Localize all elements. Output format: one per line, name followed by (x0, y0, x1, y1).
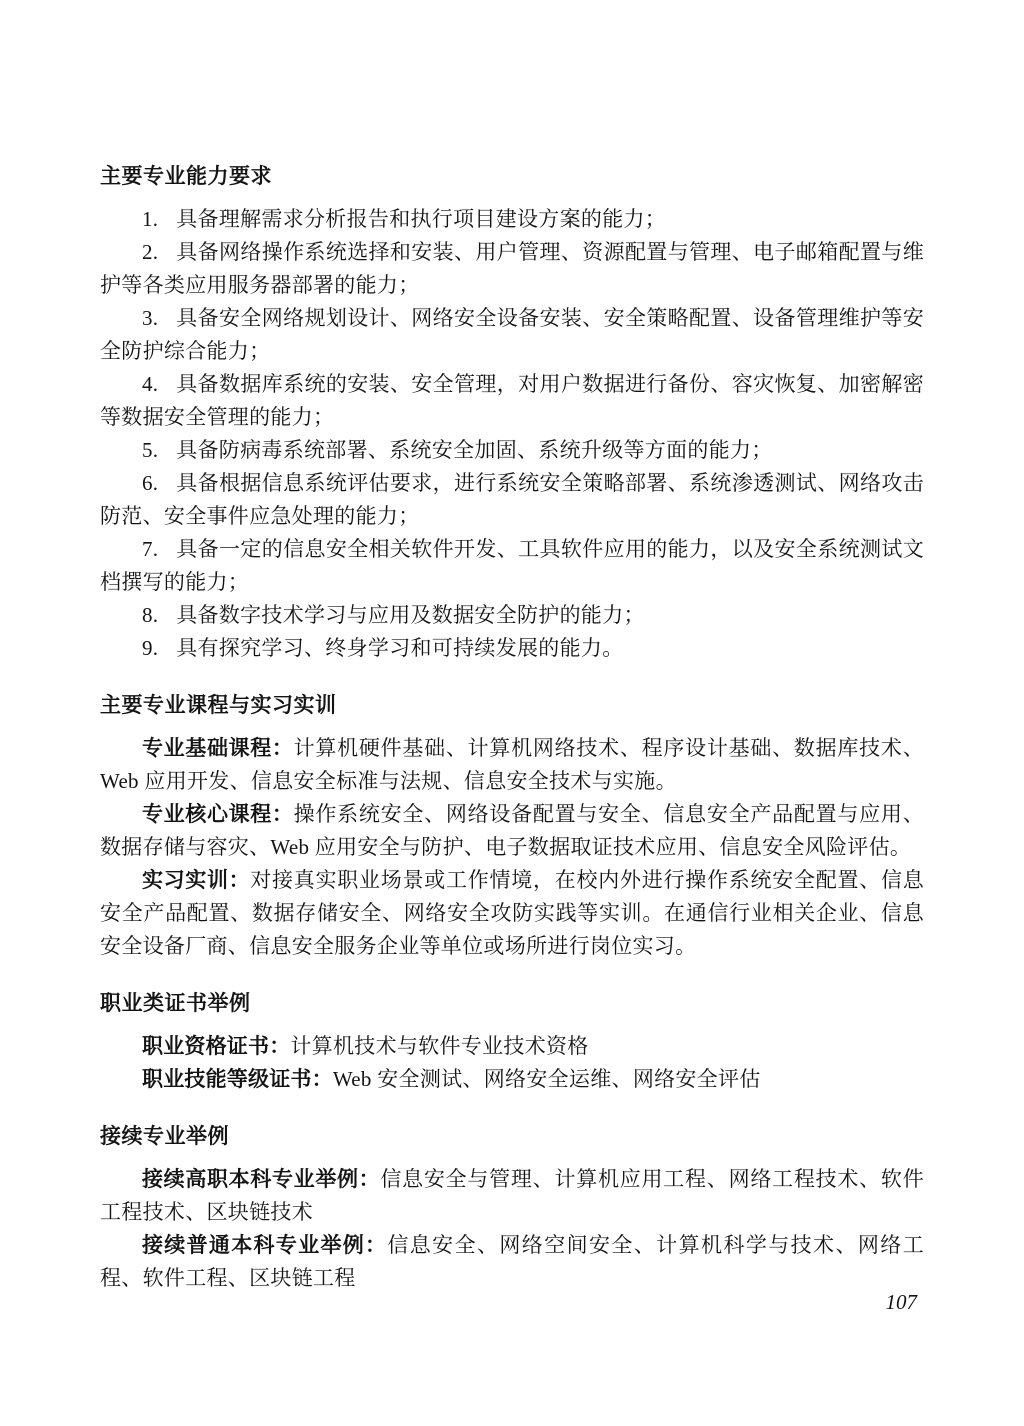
numbered-item: 2.具备网络操作系统选择和安装、用户管理、资源配置与管理、电子邮箱配置与维护等各… (100, 236, 924, 302)
item-number: 6. (142, 471, 176, 495)
section-heading: 接续专业举例 (100, 1120, 924, 1154)
numbered-item: 6.具备根据信息系统评估要求，进行系统安全策略部署、系统渗透测试、网络攻击防范、… (100, 467, 924, 533)
paragraph-label: 实习实训： (142, 869, 250, 892)
section-ability-requirements: 主要专业能力要求 1.具备理解需求分析报告和执行项目建设方案的能力； 2.具备网… (100, 160, 924, 665)
numbered-item: 1.具备理解需求分析报告和执行项目建设方案的能力； (100, 203, 924, 236)
numbered-item: 9.具有探究学习、终身学习和可持续发展的能力。 (100, 632, 924, 665)
item-number: 2. (142, 240, 176, 264)
labeled-paragraph: 职业技能等级证书：Web 安全测试、网络安全运维、网络安全评估 (100, 1063, 924, 1096)
paragraph-label: 接续普通本科专业举例： (142, 1234, 387, 1257)
section-continuing-majors: 接续专业举例 接续高职本科专业举例：信息安全与管理、计算机应用工程、网络工程技术… (100, 1120, 924, 1295)
labeled-paragraph: 接续普通本科专业举例：信息安全、网络空间安全、计算机科学与技术、网络工程、软件工… (100, 1229, 924, 1295)
paragraph-label: 职业技能等级证书： (142, 1068, 333, 1091)
item-text: 具备安全网络规划设计、网络安全设备安装、安全策略配置、设备管理维护等安全防护综合… (100, 306, 924, 363)
paragraph-text: Web 安全测试、网络安全运维、网络安全评估 (333, 1067, 761, 1091)
section-courses-training: 主要专业课程与实习实训 专业基础课程：计算机硬件基础、计算机网络技术、程序设计基… (100, 689, 924, 963)
item-number: 4. (142, 372, 176, 396)
item-text: 具备防病毒系统部署、系统安全加固、系统升级等方面的能力； (176, 438, 772, 462)
item-text: 具备数字技术学习与应用及数据安全防护的能力； (176, 603, 645, 627)
item-text: 具备一定的信息安全相关软件开发、工具软件应用的能力，以及安全系统测试文档撰写的能… (100, 537, 924, 594)
item-text: 具备理解需求分析报告和执行项目建设方案的能力； (176, 207, 666, 231)
numbered-item: 4.具备数据库系统的安装、安全管理，对用户数据进行备份、容灾恢复、加密解密等数据… (100, 368, 924, 434)
labeled-paragraph: 接续高职本科专业举例：信息安全与管理、计算机应用工程、网络工程技术、软件工程技术… (100, 1163, 924, 1229)
item-number: 3. (142, 306, 176, 330)
paragraph-label: 职业资格证书： (142, 1035, 290, 1058)
labeled-paragraph: 专业基础课程：计算机硬件基础、计算机网络技术、程序设计基础、数据库技术、Web … (100, 732, 924, 798)
numbered-item: 5.具备防病毒系统部署、系统安全加固、系统升级等方面的能力； (100, 434, 924, 467)
section-heading: 主要专业课程与实习实训 (100, 689, 924, 723)
paragraph-label: 专业核心课程： (142, 803, 294, 826)
paragraph-label: 专业基础课程： (142, 737, 294, 760)
document-page: 主要专业能力要求 1.具备理解需求分析报告和执行项目建设方案的能力； 2.具备网… (0, 0, 1024, 1426)
section-certificates: 职业类证书举例 职业资格证书：计算机技术与软件专业技术资格 职业技能等级证书：W… (100, 987, 924, 1096)
numbered-item: 8.具备数字技术学习与应用及数据安全防护的能力； (100, 599, 924, 632)
item-text: 具备网络操作系统选择和安装、用户管理、资源配置与管理、电子邮箱配置与维护等各类应… (100, 240, 924, 297)
labeled-paragraph: 职业资格证书：计算机技术与软件专业技术资格 (100, 1030, 924, 1063)
item-text: 具备数据库系统的安装、安全管理，对用户数据进行备份、容灾恢复、加密解密等数据安全… (100, 372, 924, 429)
section-heading: 主要专业能力要求 (100, 160, 924, 194)
item-number: 8. (142, 603, 176, 627)
item-text: 具备根据信息系统评估要求，进行系统安全策略部署、系统渗透测试、网络攻击防范、安全… (100, 471, 924, 528)
paragraph-label: 接续高职本科专业举例： (142, 1168, 380, 1191)
item-number: 7. (142, 537, 176, 561)
item-number: 1. (142, 207, 176, 231)
numbered-item: 3.具备安全网络规划设计、网络安全设备安装、安全策略配置、设备管理维护等安全防护… (100, 302, 924, 368)
paragraph-text: 计算机技术与软件专业技术资格 (290, 1034, 588, 1058)
page-number: 107 (886, 1290, 918, 1314)
item-number: 5. (142, 438, 176, 462)
labeled-paragraph: 实习实训：对接真实职业场景或工作情境，在校内外进行操作系统安全配置、信息安全产品… (100, 864, 924, 963)
labeled-paragraph: 专业核心课程：操作系统安全、网络设备配置与安全、信息安全产品配置与应用、数据存储… (100, 798, 924, 864)
item-text: 具有探究学习、终身学习和可持续发展的能力。 (176, 636, 623, 660)
numbered-item: 7.具备一定的信息安全相关软件开发、工具软件应用的能力，以及安全系统测试文档撰写… (100, 533, 924, 599)
item-number: 9. (142, 636, 176, 660)
section-heading: 职业类证书举例 (100, 987, 924, 1021)
